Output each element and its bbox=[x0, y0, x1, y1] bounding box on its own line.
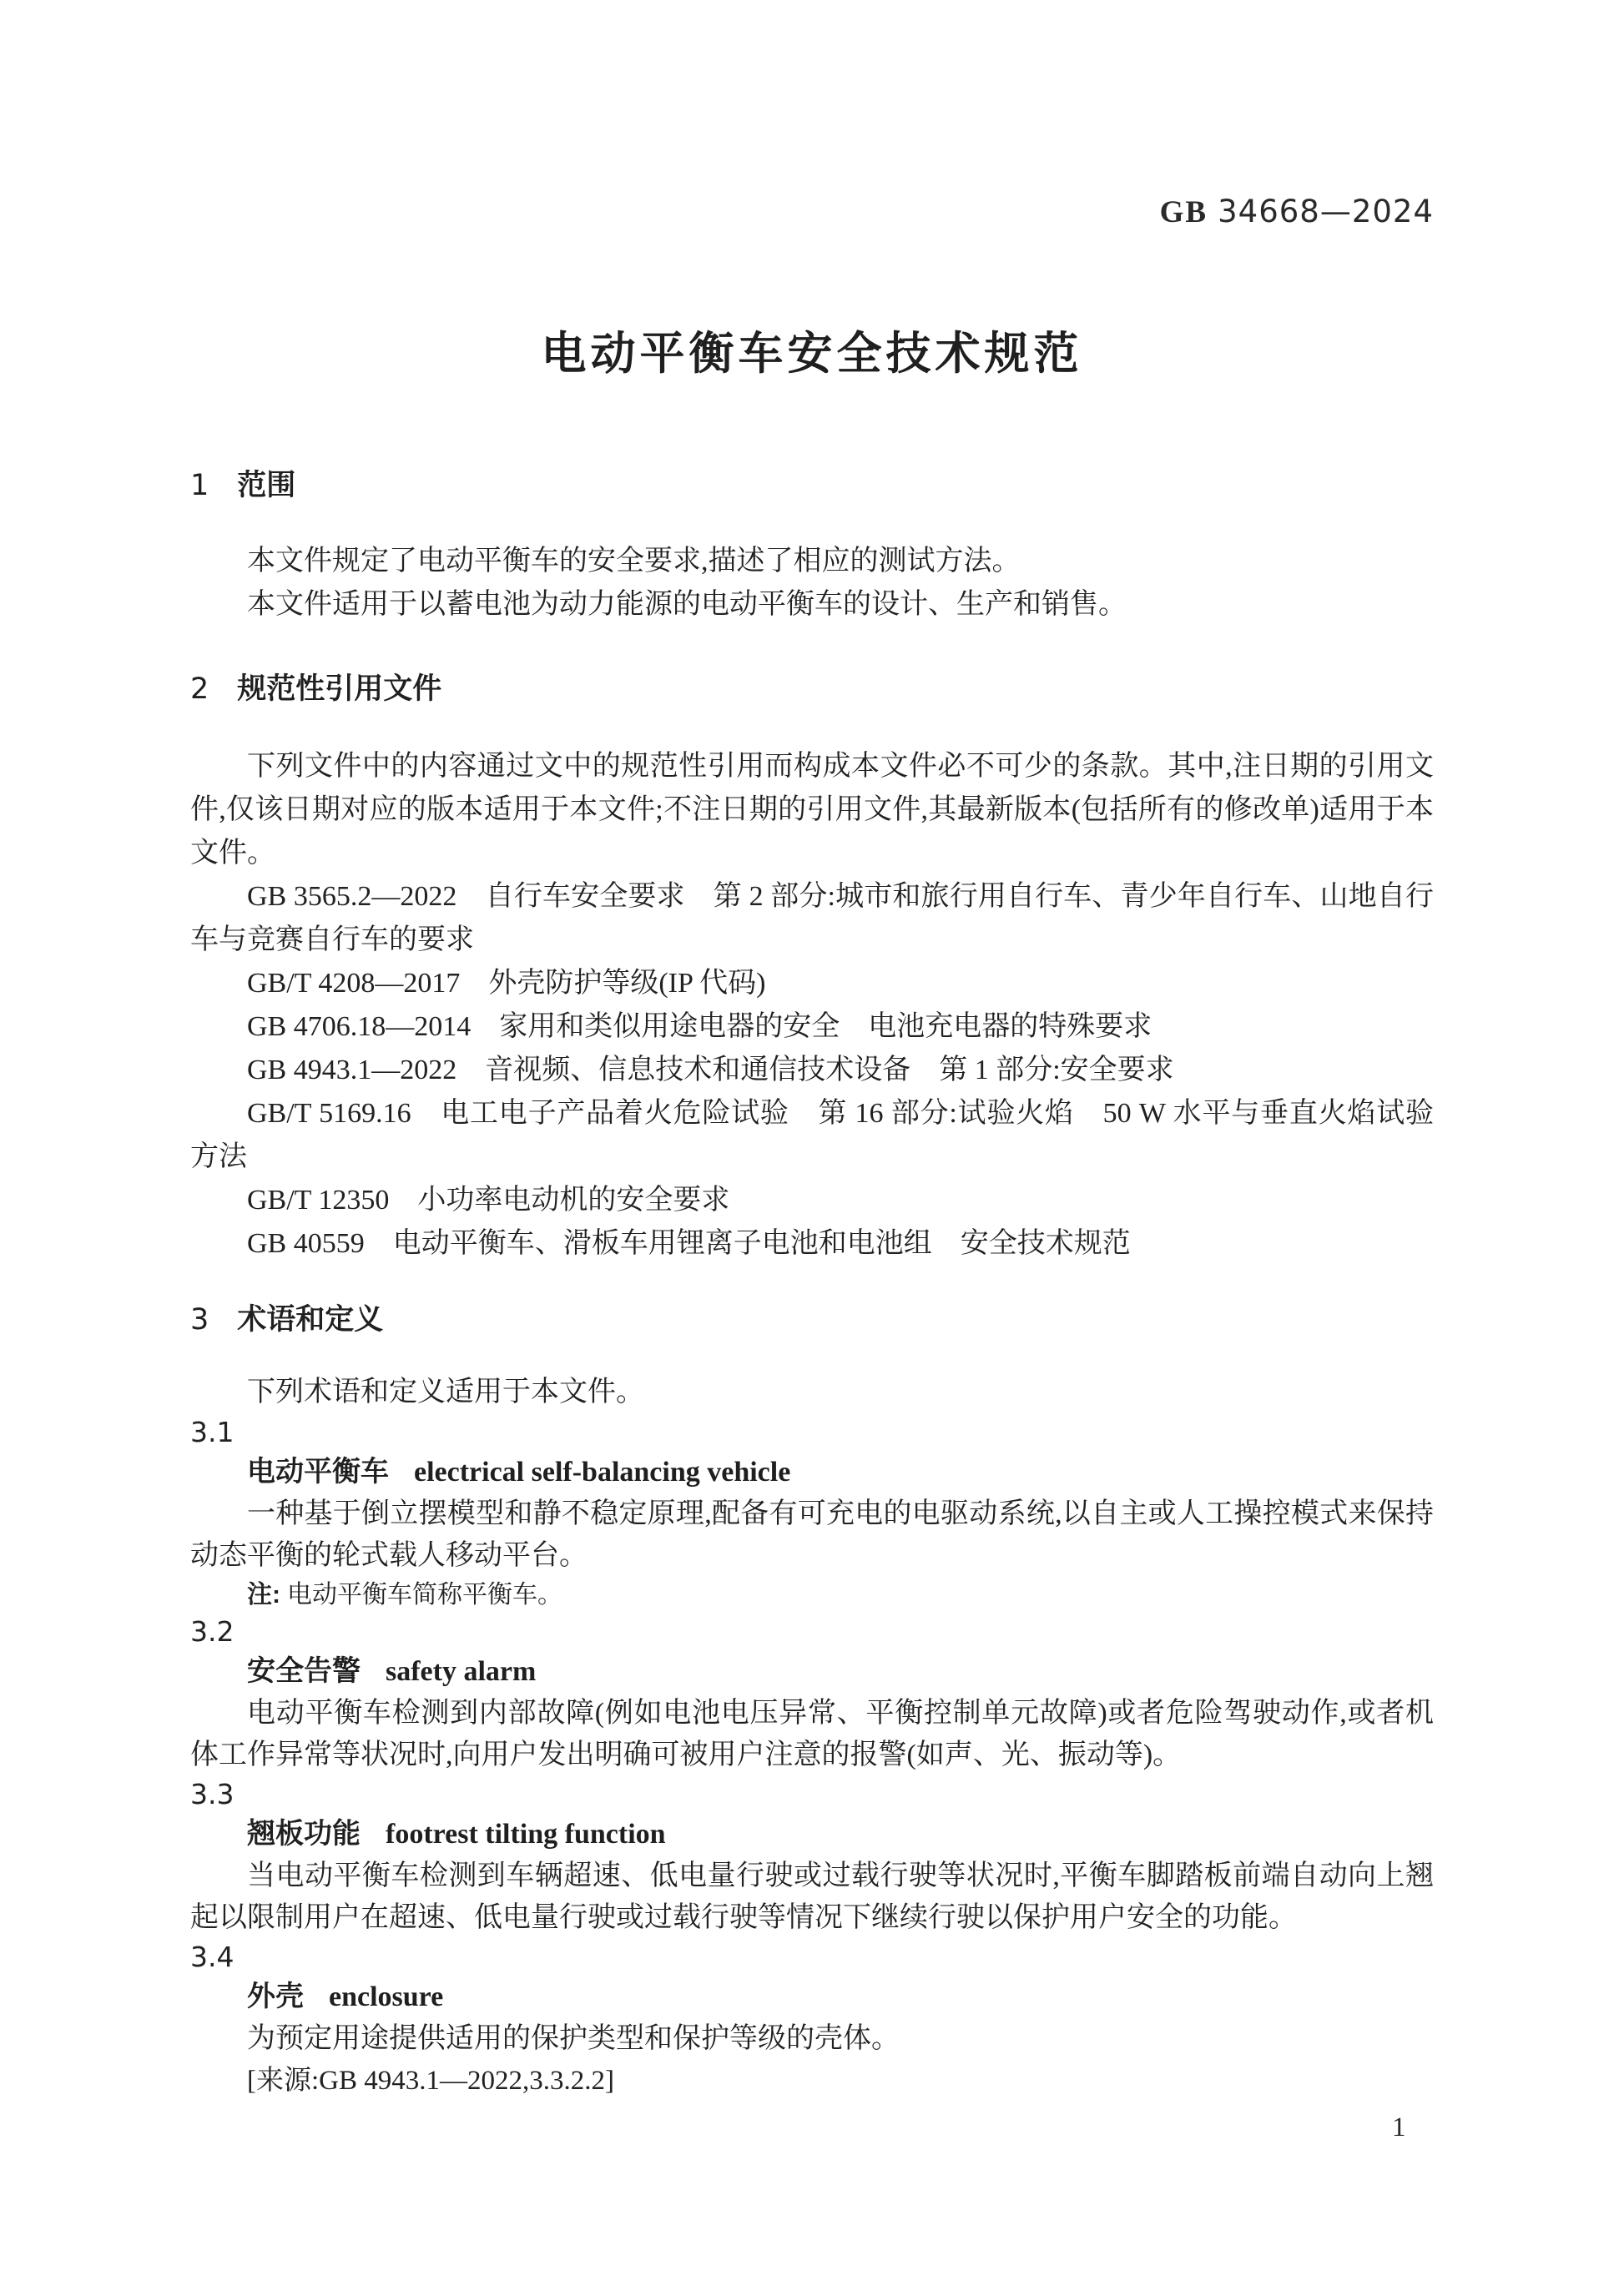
document-page: GB34668—2024 电动平衡车安全技术规范 1范围 本文件规定了电动平衡车… bbox=[0, 0, 1624, 2296]
term-en: electrical self-balancing vehicle bbox=[414, 1457, 790, 1488]
reference-item: GB 4706.18—2014 家用和类似用途电器的安全 电池充电器的特殊要求 bbox=[190, 1005, 1434, 1049]
section-3-number: 3 bbox=[190, 1303, 209, 1337]
page-number: 1 bbox=[1392, 2112, 1406, 2142]
clause-number: 3.3 bbox=[190, 1776, 1434, 1813]
term-en: footrest tilting function bbox=[386, 1819, 666, 1850]
note-label: 注: bbox=[247, 1581, 280, 1609]
term-zh: 电动平衡车 bbox=[247, 1456, 389, 1488]
section-1-title: 范围 bbox=[237, 469, 295, 501]
clause-number: 3.1 bbox=[190, 1414, 1434, 1451]
note-text: 电动平衡车简称平衡车。 bbox=[287, 1581, 562, 1609]
term-en: enclosure bbox=[329, 1981, 443, 2012]
standard-number: GB34668—2024 bbox=[190, 195, 1434, 229]
standard-prefix: GB bbox=[1160, 195, 1208, 229]
section-3-intro: 下列术语和定义适用于本文件。 bbox=[190, 1371, 1434, 1414]
document-title: 电动平衡车安全技术规范 bbox=[190, 328, 1434, 380]
section-2-intro: 下列文件中的内容通过文中的规范性引用而构成本文件必不可少的条款。其中,注日期的引… bbox=[190, 745, 1434, 875]
section-3-heading: 3术语和定义 bbox=[190, 1302, 1434, 1337]
page-content: GB34668—2024 电动平衡车安全技术规范 1范围 本文件规定了电动平衡车… bbox=[190, 0, 1434, 2102]
references-list: GB 3565.2—2022 自行车安全要求 第 2 部分:城市和旅行用自行车、… bbox=[190, 875, 1434, 1266]
term-heading: 翘板功能footrest tilting function bbox=[190, 1813, 1434, 1855]
reference-item: GB/T 12350 小功率电动机的安全要求 bbox=[190, 1179, 1434, 1222]
reference-item: GB 40559 电动平衡车、滑板车用锂离子电池和电池组 安全技术规范 bbox=[190, 1222, 1434, 1266]
section-1-paragraph: 本文件适用于以蓄电池为动力能源的电动平衡车的设计、生产和销售。 bbox=[190, 583, 1434, 627]
term-zh: 安全告警 bbox=[247, 1655, 361, 1687]
term-definition: 电动平衡车检测到内部故障(例如电池电压异常、平衡控制单元故障)或者危险驾驶动作,… bbox=[190, 1693, 1434, 1776]
term-heading: 电动平衡车electrical self-balancing vehicle bbox=[190, 1451, 1434, 1493]
term-definition: 为预定用途提供适用的保护类型和保护等级的壳体。 bbox=[190, 2018, 1434, 2060]
standard-code: 34668—2024 bbox=[1218, 194, 1434, 229]
clause-number: 3.4 bbox=[190, 1939, 1434, 1976]
reference-item: GB 3565.2—2022 自行车安全要求 第 2 部分:城市和旅行用自行车、… bbox=[190, 875, 1434, 962]
term-note: 注:电动平衡车简称平衡车。 bbox=[190, 1577, 1434, 1614]
section-2-title: 规范性引用文件 bbox=[237, 672, 441, 705]
section-2-number: 2 bbox=[190, 672, 209, 706]
source-reference: [来源:GB 4943.1—2022,3.3.2.2] bbox=[190, 2060, 1434, 2102]
reference-item: GB/T 4208—2017 外壳防护等级(IP 代码) bbox=[190, 962, 1434, 1005]
clause-number: 3.2 bbox=[190, 1614, 1434, 1650]
term-definition: 当电动平衡车检测到车辆超速、低电量行驶或过载行驶等状况时,平衡车脚踏板前端自动向… bbox=[190, 1855, 1434, 1939]
section-1-number: 1 bbox=[190, 469, 209, 502]
reference-item: GB 4943.1—2022 音视频、信息技术和通信技术设备 第 1 部分:安全… bbox=[190, 1049, 1434, 1092]
term-zh: 外壳 bbox=[247, 1981, 304, 2012]
term-en: safety alarm bbox=[386, 1656, 536, 1687]
term-zh: 翘板功能 bbox=[247, 1818, 361, 1850]
section-1-heading: 1范围 bbox=[190, 468, 1434, 503]
term-heading: 外壳enclosure bbox=[190, 1976, 1434, 2018]
section-1-paragraph: 本文件规定了电动平衡车的安全要求,描述了相应的测试方法。 bbox=[190, 540, 1434, 583]
term-heading: 安全告警safety alarm bbox=[190, 1650, 1434, 1693]
term-definition: 一种基于倒立摆模型和静不稳定原理,配备有可充电的电驱动系统,以自主或人工操控模式… bbox=[190, 1493, 1434, 1577]
section-2-heading: 2规范性引用文件 bbox=[190, 672, 1434, 707]
reference-item: GB/T 5169.16 电工电子产品着火危险试验 第 16 部分:试验火焰 5… bbox=[190, 1092, 1434, 1179]
section-3-title: 术语和定义 bbox=[237, 1303, 383, 1336]
